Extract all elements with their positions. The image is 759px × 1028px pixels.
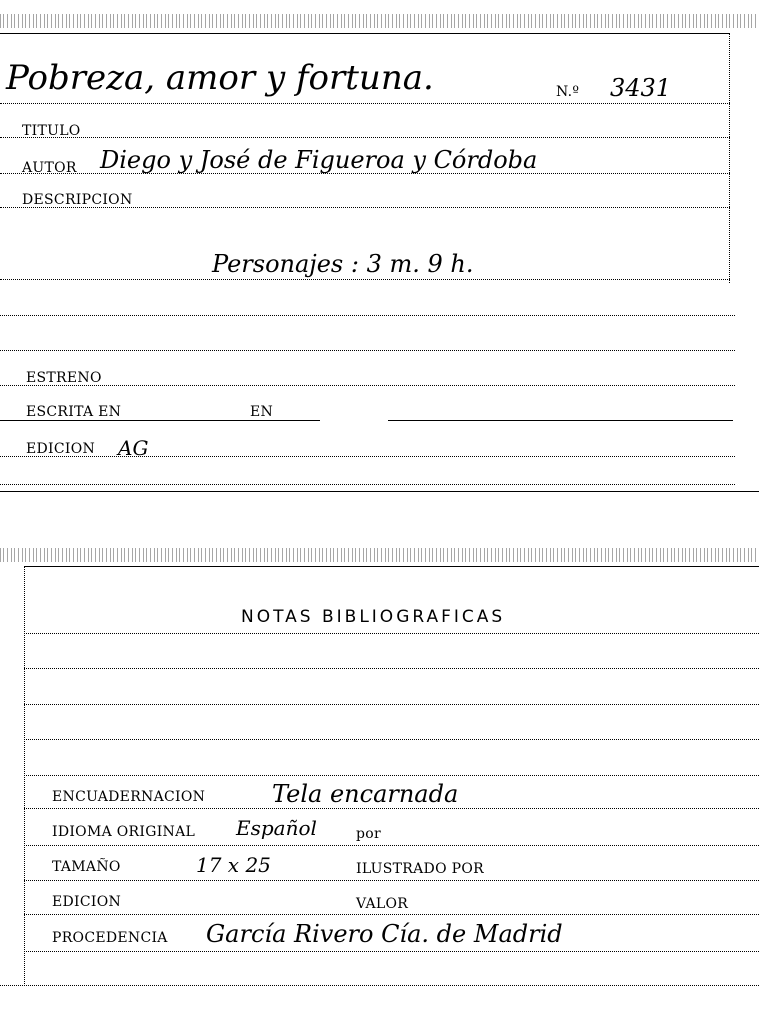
rule — [24, 739, 759, 740]
descripcion-label: DESCRIPCION — [22, 192, 133, 208]
estreno-label: ESTRENO — [26, 370, 102, 386]
rule — [24, 845, 759, 846]
scan-noise-top — [0, 14, 759, 28]
rule — [0, 385, 735, 386]
ilustrado-por-label: ILUSTRADO POR — [356, 861, 484, 877]
number-label: N.º — [556, 84, 579, 100]
title-handwritten: Pobreza, amor y fortuna. — [6, 58, 434, 98]
rule — [0, 279, 730, 280]
rule — [0, 137, 730, 138]
rule — [24, 808, 759, 809]
rule — [0, 456, 735, 457]
rule — [24, 704, 759, 705]
rule — [24, 914, 759, 915]
autor-value: Diego y José de Figueroa y Córdoba — [100, 146, 537, 174]
descripcion-value: Personajes : 3 m. 9 h. — [212, 250, 473, 278]
rule — [24, 951, 759, 952]
card-left-edge — [24, 566, 25, 986]
procedencia-label: PROCEDENCIA — [52, 930, 168, 946]
idioma-original-label: IDIOMA ORIGINAL — [52, 824, 195, 840]
card-top-edge — [0, 33, 730, 34]
rule — [0, 350, 735, 351]
rule — [388, 420, 733, 421]
encuadernacion-value: Tela encarnada — [272, 780, 458, 808]
catalog-number: 3431 — [610, 74, 671, 102]
escrita-en-label: ESCRITA EN — [26, 404, 121, 420]
rule — [0, 420, 320, 421]
rule — [24, 668, 759, 669]
rule — [0, 985, 759, 986]
edicion-label-bottom: EDICION — [52, 894, 121, 910]
tamano-label: TAMAÑO — [52, 859, 121, 875]
rule — [24, 880, 759, 881]
card-right-edge — [729, 33, 730, 283]
por-label: por — [356, 826, 381, 842]
card-bottom-edge — [0, 491, 759, 492]
notas-heading: NOTAS BIBLIOGRAFICAS — [241, 607, 505, 627]
rule — [24, 775, 759, 776]
valor-label: VALOR — [356, 896, 408, 912]
rule — [0, 315, 735, 316]
scan-noise-bottom — [0, 548, 759, 562]
idioma-original-value: Español — [236, 816, 317, 840]
rule — [0, 484, 735, 485]
tamano-value: 17 x 25 — [196, 853, 271, 877]
rule — [24, 633, 759, 634]
edicion-label: EDICION — [26, 441, 95, 457]
encuadernacion-label: ENCUADERNACION — [52, 789, 205, 805]
rule — [0, 103, 730, 104]
rule — [0, 173, 730, 174]
en-label: EN — [250, 404, 273, 420]
procedencia-value: García Rivero Cía. de Madrid — [206, 920, 563, 948]
card-top-edge — [24, 566, 759, 567]
rule — [0, 207, 730, 208]
